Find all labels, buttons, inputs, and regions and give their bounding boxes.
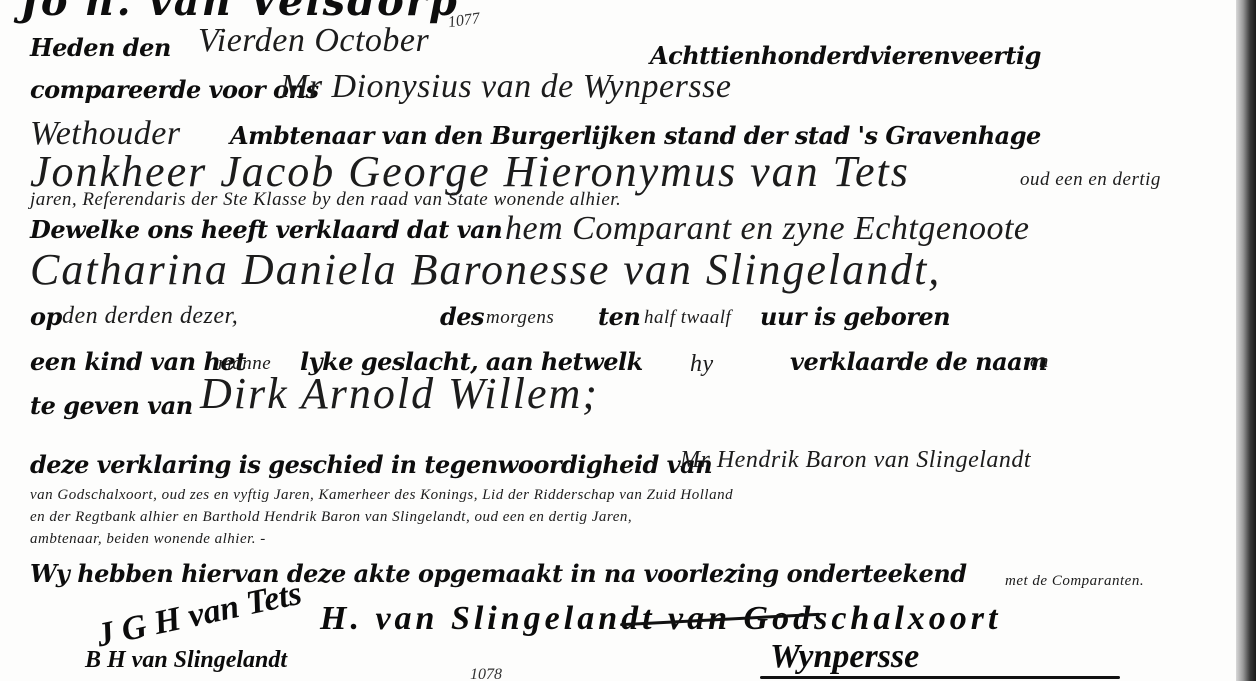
handwritten-father-occupation: jaren, Referendaris der Ste Klasse by de… [30, 190, 621, 209]
handwritten-met-comparanten: met de Comparanten. [1005, 574, 1144, 589]
form-text-des: des [440, 305, 484, 329]
signature-witness-1: H. van Slingelandt van Godschalxoort [320, 602, 1001, 636]
form-text-verklaarde: verklaarde de naam [790, 350, 1047, 374]
handwritten-naam-suffix: en [1030, 352, 1049, 371]
form-text-deze-verklaring: deze verklaring is geschied in tegenwoor… [30, 453, 712, 477]
handwritten-birth-day: den derden dezer, [62, 304, 238, 328]
form-text-geboren: uur is geboren [760, 305, 950, 329]
signature-registrar: Wynpersse [770, 640, 919, 674]
form-text-te-geven-van: te geven van [30, 394, 193, 418]
scanned-document-page: Jo h. van Velsdorp 1077 Heden den Vierde… [0, 0, 1256, 681]
form-text-op: op [30, 305, 62, 329]
handwritten-child-name: Dirk Arnold Willem; [200, 372, 599, 416]
handwritten-morning: morgens [486, 308, 554, 327]
handwritten-witness-2-details: en der Regtbank alhier en Barthold Hendr… [30, 510, 632, 525]
next-registry-number: 1078 [470, 666, 502, 681]
page-binding-edge [1236, 0, 1256, 681]
handwritten-official-name: Mr Dionysius van de Wynpersse [280, 70, 731, 104]
form-text-dewelke: Dewelke ons heeft verklaard dat van [30, 218, 502, 242]
handwritten-witness-1-details: van Godschalxoort, oud zes en vyftig Jar… [30, 488, 733, 503]
handwritten-birth-time: half twaalf [644, 308, 731, 327]
signature-father: J G H van Tets [94, 577, 305, 654]
handwritten-father-name: Jonkheer Jacob George Hieronymus van Tet… [30, 150, 910, 194]
signature-witness-2: B H van Slingelandt [85, 648, 287, 672]
handwritten-date: Vierden October [198, 24, 429, 58]
registrar-underline [760, 676, 1120, 679]
form-text-year: Achttienhonderdvierenveertig [650, 44, 1041, 68]
form-text-heden-den: Heden den [30, 36, 171, 60]
form-text-ten: ten [598, 305, 640, 329]
form-text-ambtenaar: Ambtenaar van den Burgerlijken stand der… [230, 124, 1041, 148]
handwritten-spouse-intro: hem Comparant en zyne Echtgenoote [505, 212, 1030, 246]
handwritten-witness-1: Mr Hendrik Baron van Slingelandt [680, 448, 1031, 472]
form-text-wy-hebben: Wy hebben hiervan deze akte opgemaakt in… [30, 562, 966, 586]
handwritten-hy: hy [690, 352, 714, 376]
form-text-compareerde: compareerde voor ons [30, 78, 319, 102]
handwritten-wethouder: Wethouder [30, 117, 181, 151]
handwritten-witnesses-residence: ambtenaar, beiden wonende alhier. - [30, 532, 266, 547]
handwritten-mother-name: Catharina Daniela Baronesse van Slingela… [30, 248, 941, 292]
handwritten-father-age: oud een en dertig [1020, 170, 1161, 189]
registry-number: 1077 [447, 10, 481, 32]
